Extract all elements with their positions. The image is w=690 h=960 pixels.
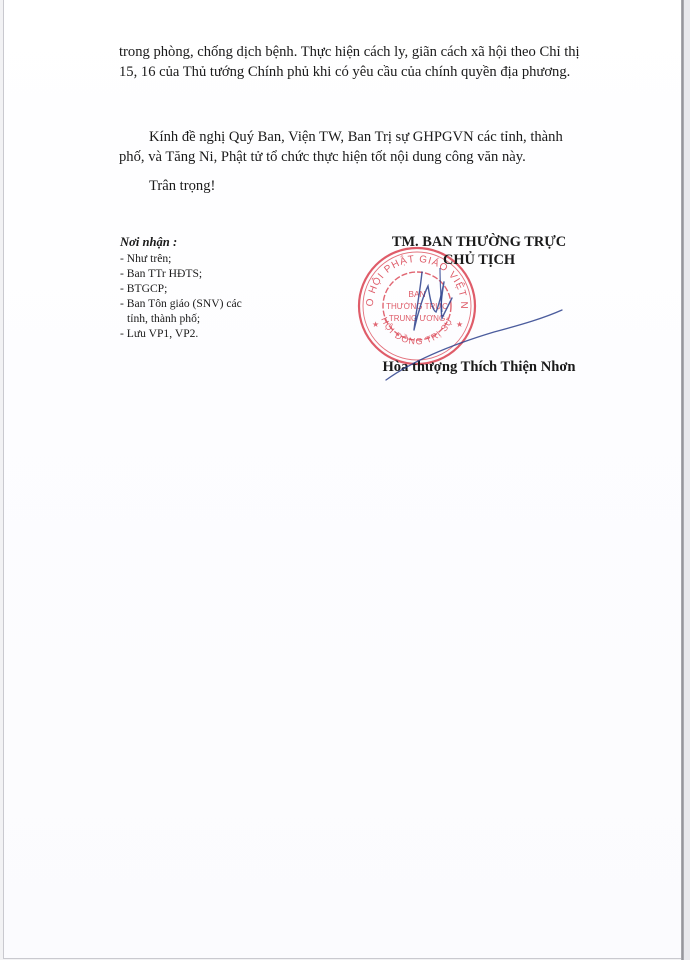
paragraph-closing: Trân trọng! xyxy=(119,176,619,196)
page-edge-background xyxy=(684,0,690,960)
svg-text:THƯỜNG TRỰC: THƯỜNG TRỰC xyxy=(386,302,448,311)
document-page: trong phòng, chống dịch bệnh. Thực hiện … xyxy=(3,0,682,959)
text-line: 15, 16 của Thủ tướng Chính phủ khi có yê… xyxy=(119,62,619,82)
paragraph-request: Kính đề nghị Quý Ban, Viện TW, Ban Trị s… xyxy=(119,127,619,167)
svg-text:TRUNG ƯƠNG: TRUNG ƯƠNG xyxy=(389,314,445,323)
signature-block: TM. BAN THƯỜNG TRỰC CHỦ TỊCH GIÁO HỘI PH… xyxy=(344,232,614,392)
recipient-item: - Ban TTr HĐTS; xyxy=(120,266,290,281)
recipient-item: - Lưu VP1, VP2. xyxy=(120,326,290,341)
text-line: trong phòng, chống dịch bệnh. Thực hiện … xyxy=(119,42,619,62)
text-line: Kính đề nghị Quý Ban, Viện TW, Ban Trị s… xyxy=(119,127,619,147)
recipient-item: - Như trên; xyxy=(120,251,290,266)
svg-text:BAN: BAN xyxy=(408,289,425,299)
svg-text:★: ★ xyxy=(456,320,463,329)
recipients-list: Nơi nhận : - Như trên; - Ban TTr HĐTS; -… xyxy=(120,235,290,341)
paragraph-disease-prevention: trong phòng, chống dịch bệnh. Thực hiện … xyxy=(119,42,619,82)
text-line: phố, và Tăng Ni, Phật tử tổ chức thực hi… xyxy=(119,147,619,167)
recipient-item: - Ban Tôn giáo (SNV) các xyxy=(120,296,290,311)
closing-salutation: Trân trọng! xyxy=(119,176,619,196)
signatory-name: Hòa thượng Thích Thiện Nhơn xyxy=(344,359,614,376)
svg-text:★: ★ xyxy=(372,320,379,329)
signatory-position: CHỦ TỊCH xyxy=(344,252,614,269)
recipients-title: Nơi nhận : xyxy=(120,235,290,250)
signatory-organization: TM. BAN THƯỜNG TRỰC xyxy=(344,234,614,251)
recipient-item: - BTGCP; xyxy=(120,281,290,296)
recipient-item-continued: tỉnh, thành phố; xyxy=(120,311,290,326)
